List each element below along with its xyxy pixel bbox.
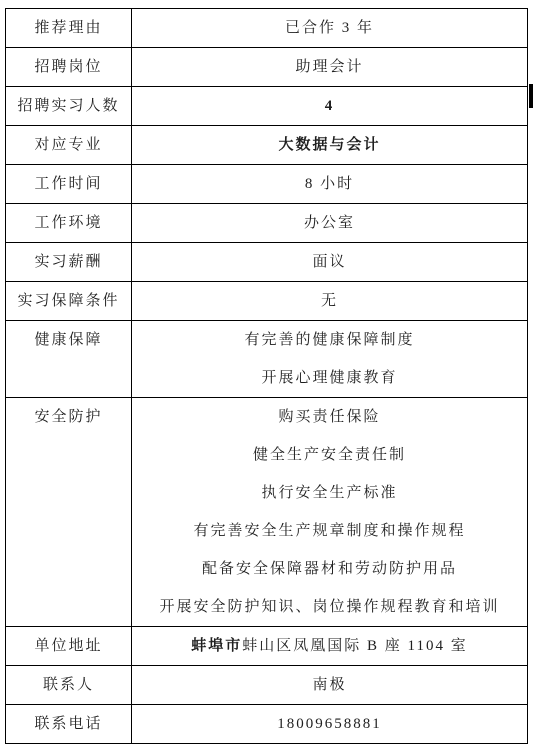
- row-label: 实习保障条件: [6, 282, 131, 320]
- value-line: 南极: [132, 666, 527, 704]
- value-segment: 配备安全保障器材和劳动防护用品: [202, 561, 457, 577]
- table-row: 安全防护购买责任保险健全生产安全责任制执行安全生产标准有完善安全生产规章制度和操…: [6, 398, 528, 627]
- value-line: 有完善的健康保障制度: [132, 321, 527, 359]
- value-line: 健全生产安全责任制: [132, 436, 527, 474]
- table-row: 工作环境办公室: [6, 204, 528, 243]
- table-row: 推荐理由已合作 3 年: [6, 9, 528, 48]
- table-row: 工作时间8 小时: [6, 165, 528, 204]
- table-row: 单位地址蚌埠市蚌山区凤凰国际 B 座 1104 室: [6, 627, 528, 666]
- row-label: 实习薪酬: [6, 243, 131, 281]
- table-row: 招聘岗位助理会计: [6, 48, 528, 87]
- value-line: 开展安全防护知识、岗位操作规程教育和培训: [132, 588, 527, 626]
- value-line: 购买责任保险: [132, 398, 527, 436]
- value-line: 开展心理健康教育: [132, 359, 527, 397]
- value-segment: 已合作 3 年: [285, 20, 374, 36]
- row-label: 健康保障: [6, 321, 131, 359]
- document-page: 推荐理由已合作 3 年招聘岗位助理会计招聘实习人数4对应专业大数据与会计工作时间…: [0, 0, 533, 749]
- table-row: 联系电话18009658881: [6, 705, 528, 744]
- row-value-cell: 办公室: [132, 204, 528, 243]
- value-line: 面议: [132, 243, 527, 281]
- value-segment: 8 小时: [305, 176, 354, 192]
- row-label: 招聘实习人数: [6, 87, 131, 125]
- value-line: 已合作 3 年: [132, 9, 527, 47]
- row-label: 推荐理由: [6, 9, 131, 47]
- value-segment: 助理会计: [295, 59, 363, 75]
- row-label-cell: 工作环境: [6, 204, 132, 243]
- table-row: 实习保障条件无: [6, 282, 528, 321]
- row-label: 单位地址: [6, 627, 131, 665]
- row-label-cell: 实习薪酬: [6, 243, 132, 282]
- row-value-cell: 有完善的健康保障制度开展心理健康教育: [132, 321, 528, 398]
- value-line: 18009658881: [132, 705, 527, 743]
- table-row: 实习薪酬面议: [6, 243, 528, 282]
- value-line: 蚌埠市蚌山区凤凰国际 B 座 1104 室: [132, 627, 527, 665]
- row-label-cell: 推荐理由: [6, 9, 132, 48]
- row-label-cell: 实习保障条件: [6, 282, 132, 321]
- row-label: 招聘岗位: [6, 48, 131, 86]
- row-label-cell: 联系人: [6, 666, 132, 705]
- row-label-cell: 联系电话: [6, 705, 132, 744]
- row-label-cell: 工作时间: [6, 165, 132, 204]
- table-row: 健康保障有完善的健康保障制度开展心理健康教育: [6, 321, 528, 398]
- row-label-cell: 对应专业: [6, 126, 132, 165]
- value-segment: 健全生产安全责任制: [253, 447, 406, 463]
- row-value-cell: 18009658881: [132, 705, 528, 744]
- row-label: 对应专业: [6, 126, 131, 164]
- row-label-cell: 健康保障: [6, 321, 132, 398]
- value-segment: 开展心理健康教育: [261, 370, 397, 386]
- value-segment: 执行安全生产标准: [261, 485, 397, 501]
- value-line: 大数据与会计: [132, 126, 527, 164]
- table-row: 联系人南极: [6, 666, 528, 705]
- value-segment: 办公室: [304, 215, 355, 231]
- value-segment: 无: [321, 293, 338, 309]
- row-value-cell: 购买责任保险健全生产安全责任制执行安全生产标准有完善安全生产规章制度和操作规程配…: [132, 398, 528, 627]
- value-line: 有完善安全生产规章制度和操作规程: [132, 512, 527, 550]
- value-line: 无: [132, 282, 527, 320]
- value-line: 执行安全生产标准: [132, 474, 527, 512]
- value-line: 助理会计: [132, 48, 527, 86]
- scrollbar-thumb[interactable]: [529, 84, 533, 108]
- job-info-table: 推荐理由已合作 3 年招聘岗位助理会计招聘实习人数4对应专业大数据与会计工作时间…: [5, 8, 528, 744]
- value-segment: 有完善的健康保障制度: [244, 332, 414, 348]
- value-segment: 开展安全防护知识、岗位操作规程教育和培训: [159, 599, 499, 615]
- row-value-cell: 助理会计: [132, 48, 528, 87]
- row-label: 工作时间: [6, 165, 131, 203]
- row-value-cell: 4: [132, 87, 528, 126]
- row-value-cell: 南极: [132, 666, 528, 705]
- row-label-cell: 安全防护: [6, 398, 132, 627]
- row-value-cell: 蚌埠市蚌山区凤凰国际 B 座 1104 室: [132, 627, 528, 666]
- row-label: 联系电话: [6, 705, 131, 743]
- value-segment: 有完善安全生产规章制度和操作规程: [193, 523, 465, 539]
- value-segment: 蚌埠市: [191, 638, 242, 654]
- row-value-cell: 面议: [132, 243, 528, 282]
- row-label: 安全防护: [6, 398, 131, 436]
- table-body: 推荐理由已合作 3 年招聘岗位助理会计招聘实习人数4对应专业大数据与会计工作时间…: [6, 9, 528, 744]
- value-line: 配备安全保障器材和劳动防护用品: [132, 550, 527, 588]
- value-line: 办公室: [132, 204, 527, 242]
- table-row: 对应专业大数据与会计: [6, 126, 528, 165]
- row-label: 联系人: [6, 666, 131, 704]
- row-value-cell: 8 小时: [132, 165, 528, 204]
- row-value-cell: 大数据与会计: [132, 126, 528, 165]
- row-label-cell: 单位地址: [6, 627, 132, 666]
- value-line: 4: [132, 87, 527, 125]
- value-segment: 南极: [312, 677, 346, 693]
- value-segment: 面议: [312, 254, 346, 270]
- value-segment: 蚌山区凤凰国际 B 座 1104 室: [242, 638, 467, 654]
- row-value-cell: 已合作 3 年: [132, 9, 528, 48]
- row-label-cell: 招聘岗位: [6, 48, 132, 87]
- row-label-cell: 招聘实习人数: [6, 87, 132, 126]
- value-line: 8 小时: [132, 165, 527, 203]
- value-segment: 购买责任保险: [278, 409, 380, 425]
- value-segment: 大数据与会计: [278, 137, 380, 153]
- table-row: 招聘实习人数4: [6, 87, 528, 126]
- value-segment: 4: [325, 98, 335, 114]
- row-value-cell: 无: [132, 282, 528, 321]
- value-segment: 18009658881: [277, 716, 382, 732]
- row-label: 工作环境: [6, 204, 131, 242]
